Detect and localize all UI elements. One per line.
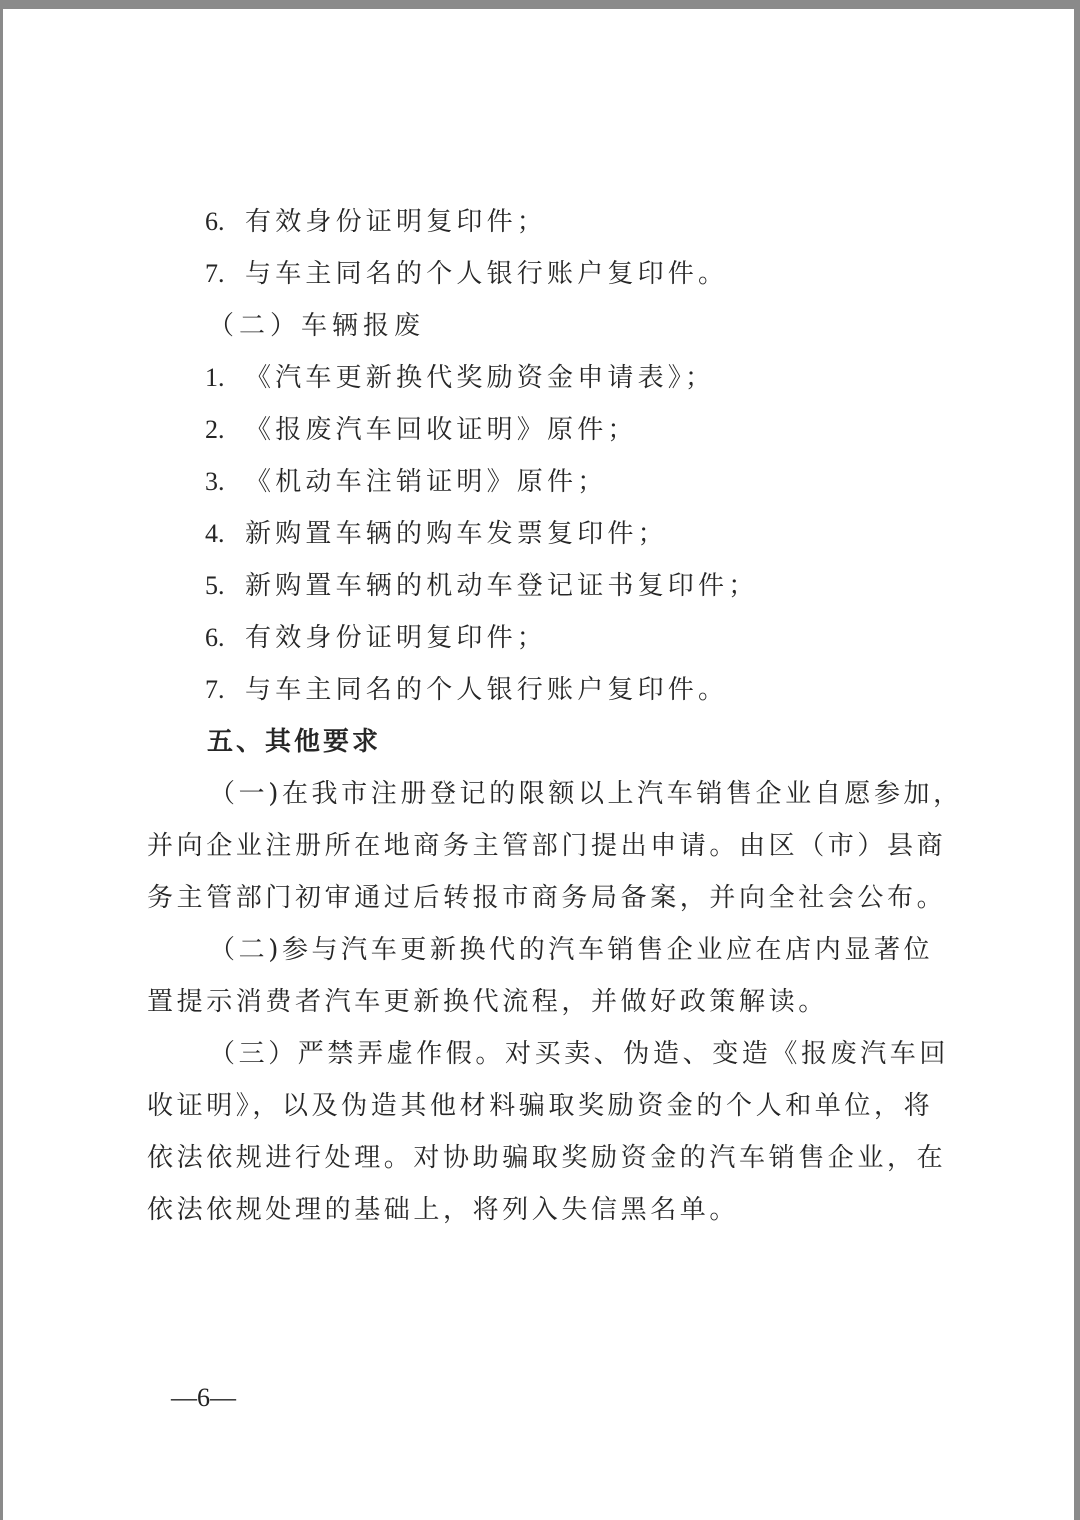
paragraph-line: 依法依规进行处理。对协助骗取奖励资金的汽车销售企业，在 bbox=[147, 1141, 946, 1175]
subsection-title-vehicle-scrapping: （二）车辆报废 bbox=[208, 309, 425, 343]
page-number: —6— bbox=[171, 1383, 236, 1413]
paragraph-line: 务主管部门初审通过后转报市商务局备案，并向全社会公布。 bbox=[147, 881, 946, 915]
paragraph-line: 依法依规处理的基础上，将列入失信黑名单。 bbox=[147, 1193, 739, 1227]
list-item: 7.与车主同名的个人银行账户复印件。 bbox=[205, 673, 728, 707]
paragraph-line: 置提示消费者汽车更新换代流程，并做好政策解读。 bbox=[147, 985, 828, 1019]
list-item: 1.《汽车更新换代奖励资金申请表》； bbox=[205, 361, 715, 395]
list-item: 2.《报废汽车回收证明》原件； bbox=[205, 413, 638, 447]
paragraph-line: （一)在我市注册登记的限额以上汽车销售企业自愿参加， bbox=[209, 777, 963, 811]
document-page: 6.有效身份证明复印件； 7.与车主同名的个人银行账户复印件。 （二）车辆报废 … bbox=[3, 9, 1074, 1520]
list-item: 7.与车主同名的个人银行账户复印件。 bbox=[205, 257, 728, 291]
paragraph-line: 并向企业注册所在地商务主管部门提出申请。由区（市）县商 bbox=[147, 829, 946, 863]
paragraph-line: （三）严禁弄虚作假。对买卖、伪造、变造《报废汽车回 bbox=[209, 1037, 949, 1071]
list-item: 6.有效身份证明复印件； bbox=[205, 205, 547, 239]
list-item: 4.新购置车辆的购车发票复印件； bbox=[205, 517, 668, 551]
paragraph-line: 收证明》，以及伪造其他材料骗取奖励资金的个人和单位，将 bbox=[147, 1089, 933, 1123]
paragraph-line: （二)参与汽车更新换代的汽车销售企业应在店内显著位 bbox=[209, 933, 933, 967]
list-item: 6.有效身份证明复印件； bbox=[205, 621, 547, 655]
list-item: 3.《机动车注销证明》原件； bbox=[205, 465, 607, 499]
section-title-other-requirements: 五、其他要求 bbox=[207, 725, 381, 759]
list-item: 5.新购置车辆的机动车登记证书复印件； bbox=[205, 569, 758, 603]
